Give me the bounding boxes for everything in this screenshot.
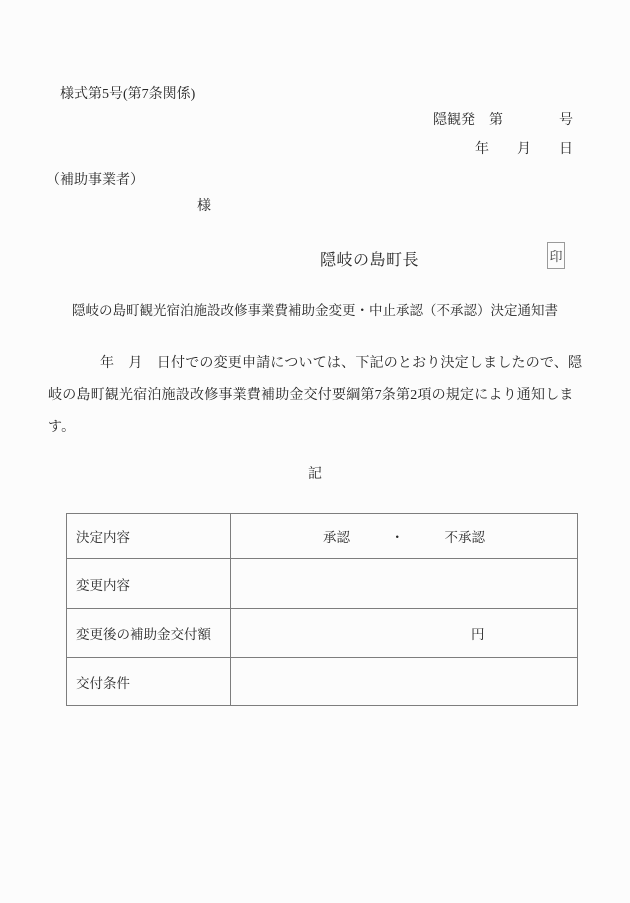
row-value-change-details [231, 559, 578, 609]
form-number: 様式第5号(第7条関係) [60, 83, 195, 103]
document-number-line: 隠観発 第 号 [433, 109, 573, 129]
row-label-change-details: 変更内容 [67, 559, 231, 609]
issue-date-line: 年 月 日 [475, 138, 573, 158]
decision-table: 決定内容 承認 ・ 不承認 変更内容 変更後の補助金交付額 円 交付条件 [66, 513, 578, 706]
table-row-grant-conditions: 交付条件 [67, 658, 578, 706]
recipient-honorific: 様 [197, 195, 211, 215]
row-label-subsidy-amount: 変更後の補助金交付額 [67, 609, 231, 658]
body-paragraph: 年 月 日付での変更申請については、下記のとおり決定しましたので、隠 岐の島町観… [48, 348, 575, 444]
row-label-decision: 決定内容 [67, 514, 231, 559]
document-title: 隠岐の島町観光宿泊施設改修事業費補助金変更・中止承認（不承認）決定通知書 [0, 299, 630, 319]
seal-character: 印 [549, 246, 562, 265]
row-value-subsidy-amount: 円 [231, 609, 578, 658]
row-label-grant-conditions: 交付条件 [67, 658, 231, 706]
body-line-2: 岐の島町観光宿泊施設改修事業費補助金交付要綱第7条第2項の規定により通知しま [48, 380, 575, 412]
record-marker: 記 [0, 463, 630, 483]
document-page: 様式第5号(第7条関係) 隠観発 第 号 年 月 日 （補助事業者） 様 隠岐の… [0, 0, 630, 903]
body-line-1: 年 月 日付での変更申請については、下記のとおり決定しましたので、隠 [48, 348, 575, 380]
recipient-label: （補助事業者） [46, 169, 144, 189]
table-row-decision: 決定内容 承認 ・ 不承認 [67, 514, 578, 559]
table-row-change-details: 変更内容 [67, 559, 578, 609]
row-value-grant-conditions [231, 658, 578, 706]
seal-stamp-box: 印 [547, 242, 565, 269]
issuer-title: 隠岐の島町長 [320, 247, 419, 270]
table-row-subsidy-amount: 変更後の補助金交付額 円 [67, 609, 578, 658]
row-value-decision: 承認 ・ 不承認 [231, 514, 578, 559]
body-line-3: す。 [48, 412, 575, 444]
